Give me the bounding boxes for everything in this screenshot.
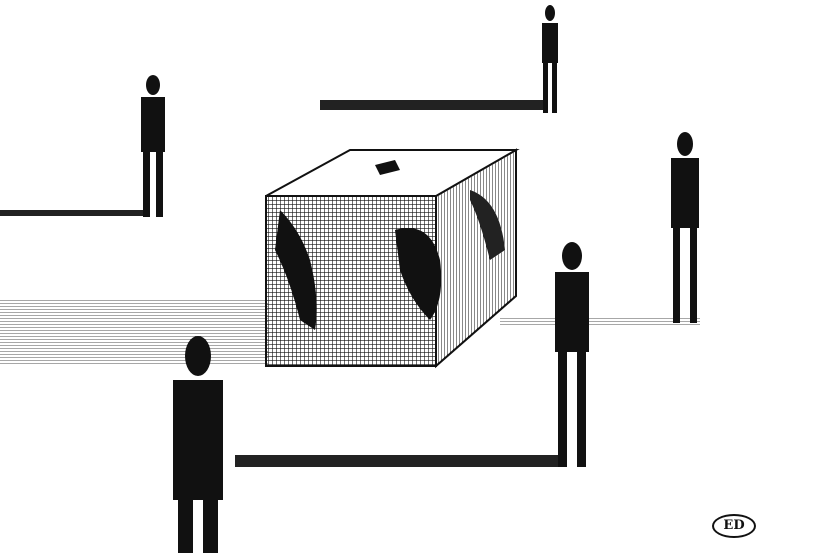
figure bbox=[173, 336, 223, 553]
artwork-drawing bbox=[0, 0, 830, 553]
illustration: ED bbox=[0, 0, 830, 553]
figure-shadow bbox=[320, 100, 545, 110]
figure bbox=[555, 242, 589, 467]
cube-shadow-right bbox=[500, 318, 700, 326]
figure bbox=[671, 132, 699, 323]
cube-shadow bbox=[0, 298, 268, 364]
figure-shadow bbox=[0, 210, 150, 216]
artist-signature: ED bbox=[712, 514, 756, 538]
figure bbox=[542, 5, 558, 113]
figure-shadow bbox=[235, 455, 565, 467]
globe-cube bbox=[266, 150, 516, 366]
figure bbox=[141, 75, 165, 217]
